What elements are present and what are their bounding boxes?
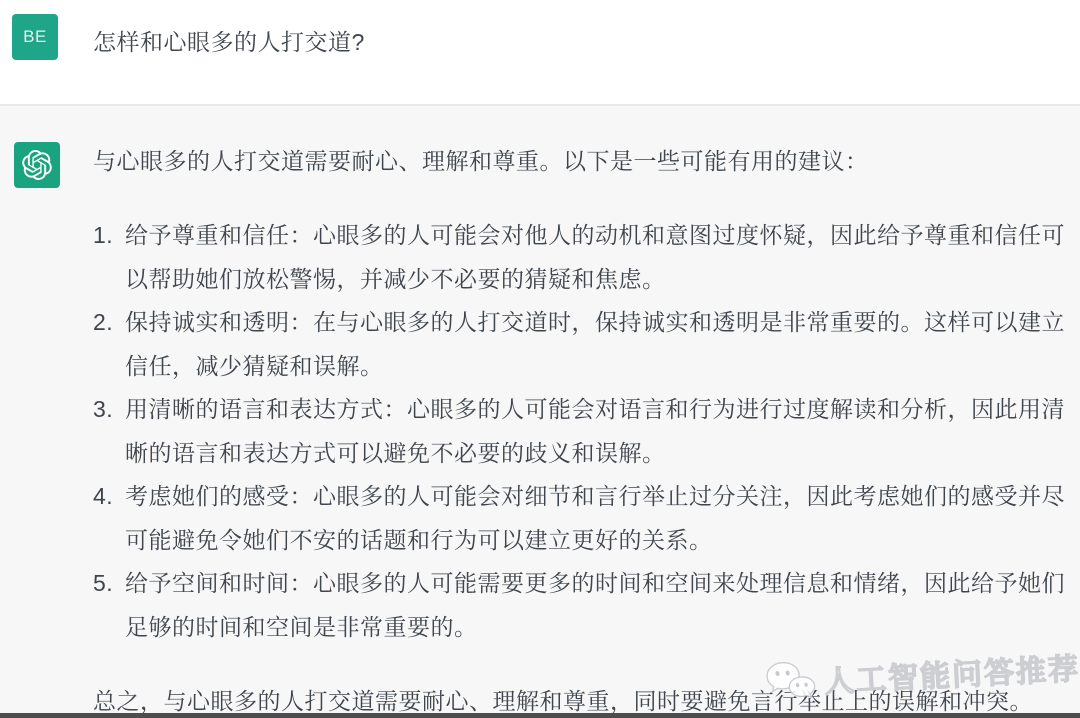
list-item: 2. 保持诚实和透明：在与心眼多的人打交道时，保持诚实和透明是非常重要的。这样可…: [93, 301, 1078, 388]
list-item-number: 5.: [93, 562, 125, 649]
list-item-text: 保持诚实和透明：在与心眼多的人打交道时，保持诚实和透明是非常重要的。这样可以建立…: [125, 301, 1078, 388]
list-item-number: 1.: [93, 214, 125, 301]
list-item: 5. 给予空间和时间：心眼多的人可能需要更多的时间和空间来处理信息和情绪，因此给…: [93, 562, 1078, 649]
user-message: BE 怎样和心眼多的人打交道?: [0, 0, 1080, 104]
list-item: 1. 给予尊重和信任：心眼多的人可能会对他人的动机和意图过度怀疑，因此给予尊重和…: [93, 214, 1078, 301]
list-item-text: 给予尊重和信任：心眼多的人可能会对他人的动机和意图过度怀疑，因此给予尊重和信任可…: [125, 214, 1078, 301]
list-item-text: 给予空间和时间：心眼多的人可能需要更多的时间和空间来处理信息和情绪，因此给予她们…: [125, 562, 1078, 649]
list-item-text: 用清晰的语言和表达方式：心眼多的人可能会对语言和行为进行过度解读和分析，因此用清…: [125, 388, 1078, 475]
user-avatar: BE: [12, 14, 58, 60]
chat-screen: BE 怎样和心眼多的人打交道? 与心眼多的人打交道需要耐心、理解和尊重。以下是一…: [0, 0, 1080, 718]
list-item-number: 3.: [93, 388, 125, 475]
assistant-message: 与心眼多的人打交道需要耐心、理解和尊重。以下是一些可能有用的建议： 1. 给予尊…: [0, 104, 1080, 718]
chatgpt-avatar: [14, 142, 60, 188]
list-item: 3. 用清晰的语言和表达方式：心眼多的人可能会对语言和行为进行过度解读和分析，因…: [93, 388, 1078, 475]
list-item-number: 4.: [93, 475, 125, 562]
list-item: 4. 考虑她们的感受：心眼多的人可能会对细节和言行举止过分关注，因此考虑她们的感…: [93, 475, 1078, 562]
openai-logo-icon: [22, 150, 52, 180]
assistant-content: 与心眼多的人打交道需要耐心、理解和尊重。以下是一些可能有用的建议： 1. 给予尊…: [93, 106, 1078, 718]
assistant-intro: 与心眼多的人打交道需要耐心、理解和尊重。以下是一些可能有用的建议：: [93, 140, 1078, 183]
list-item-text: 考虑她们的感受：心眼多的人可能会对细节和言行举止过分关注，因此考虑她们的感受并尽…: [125, 475, 1078, 562]
user-question-text: 怎样和心眼多的人打交道?: [93, 0, 1078, 57]
bottom-divider: [0, 713, 1080, 718]
list-item-number: 2.: [93, 301, 125, 388]
advice-list: 1. 给予尊重和信任：心眼多的人可能会对他人的动机和意图过度怀疑，因此给予尊重和…: [93, 214, 1078, 649]
